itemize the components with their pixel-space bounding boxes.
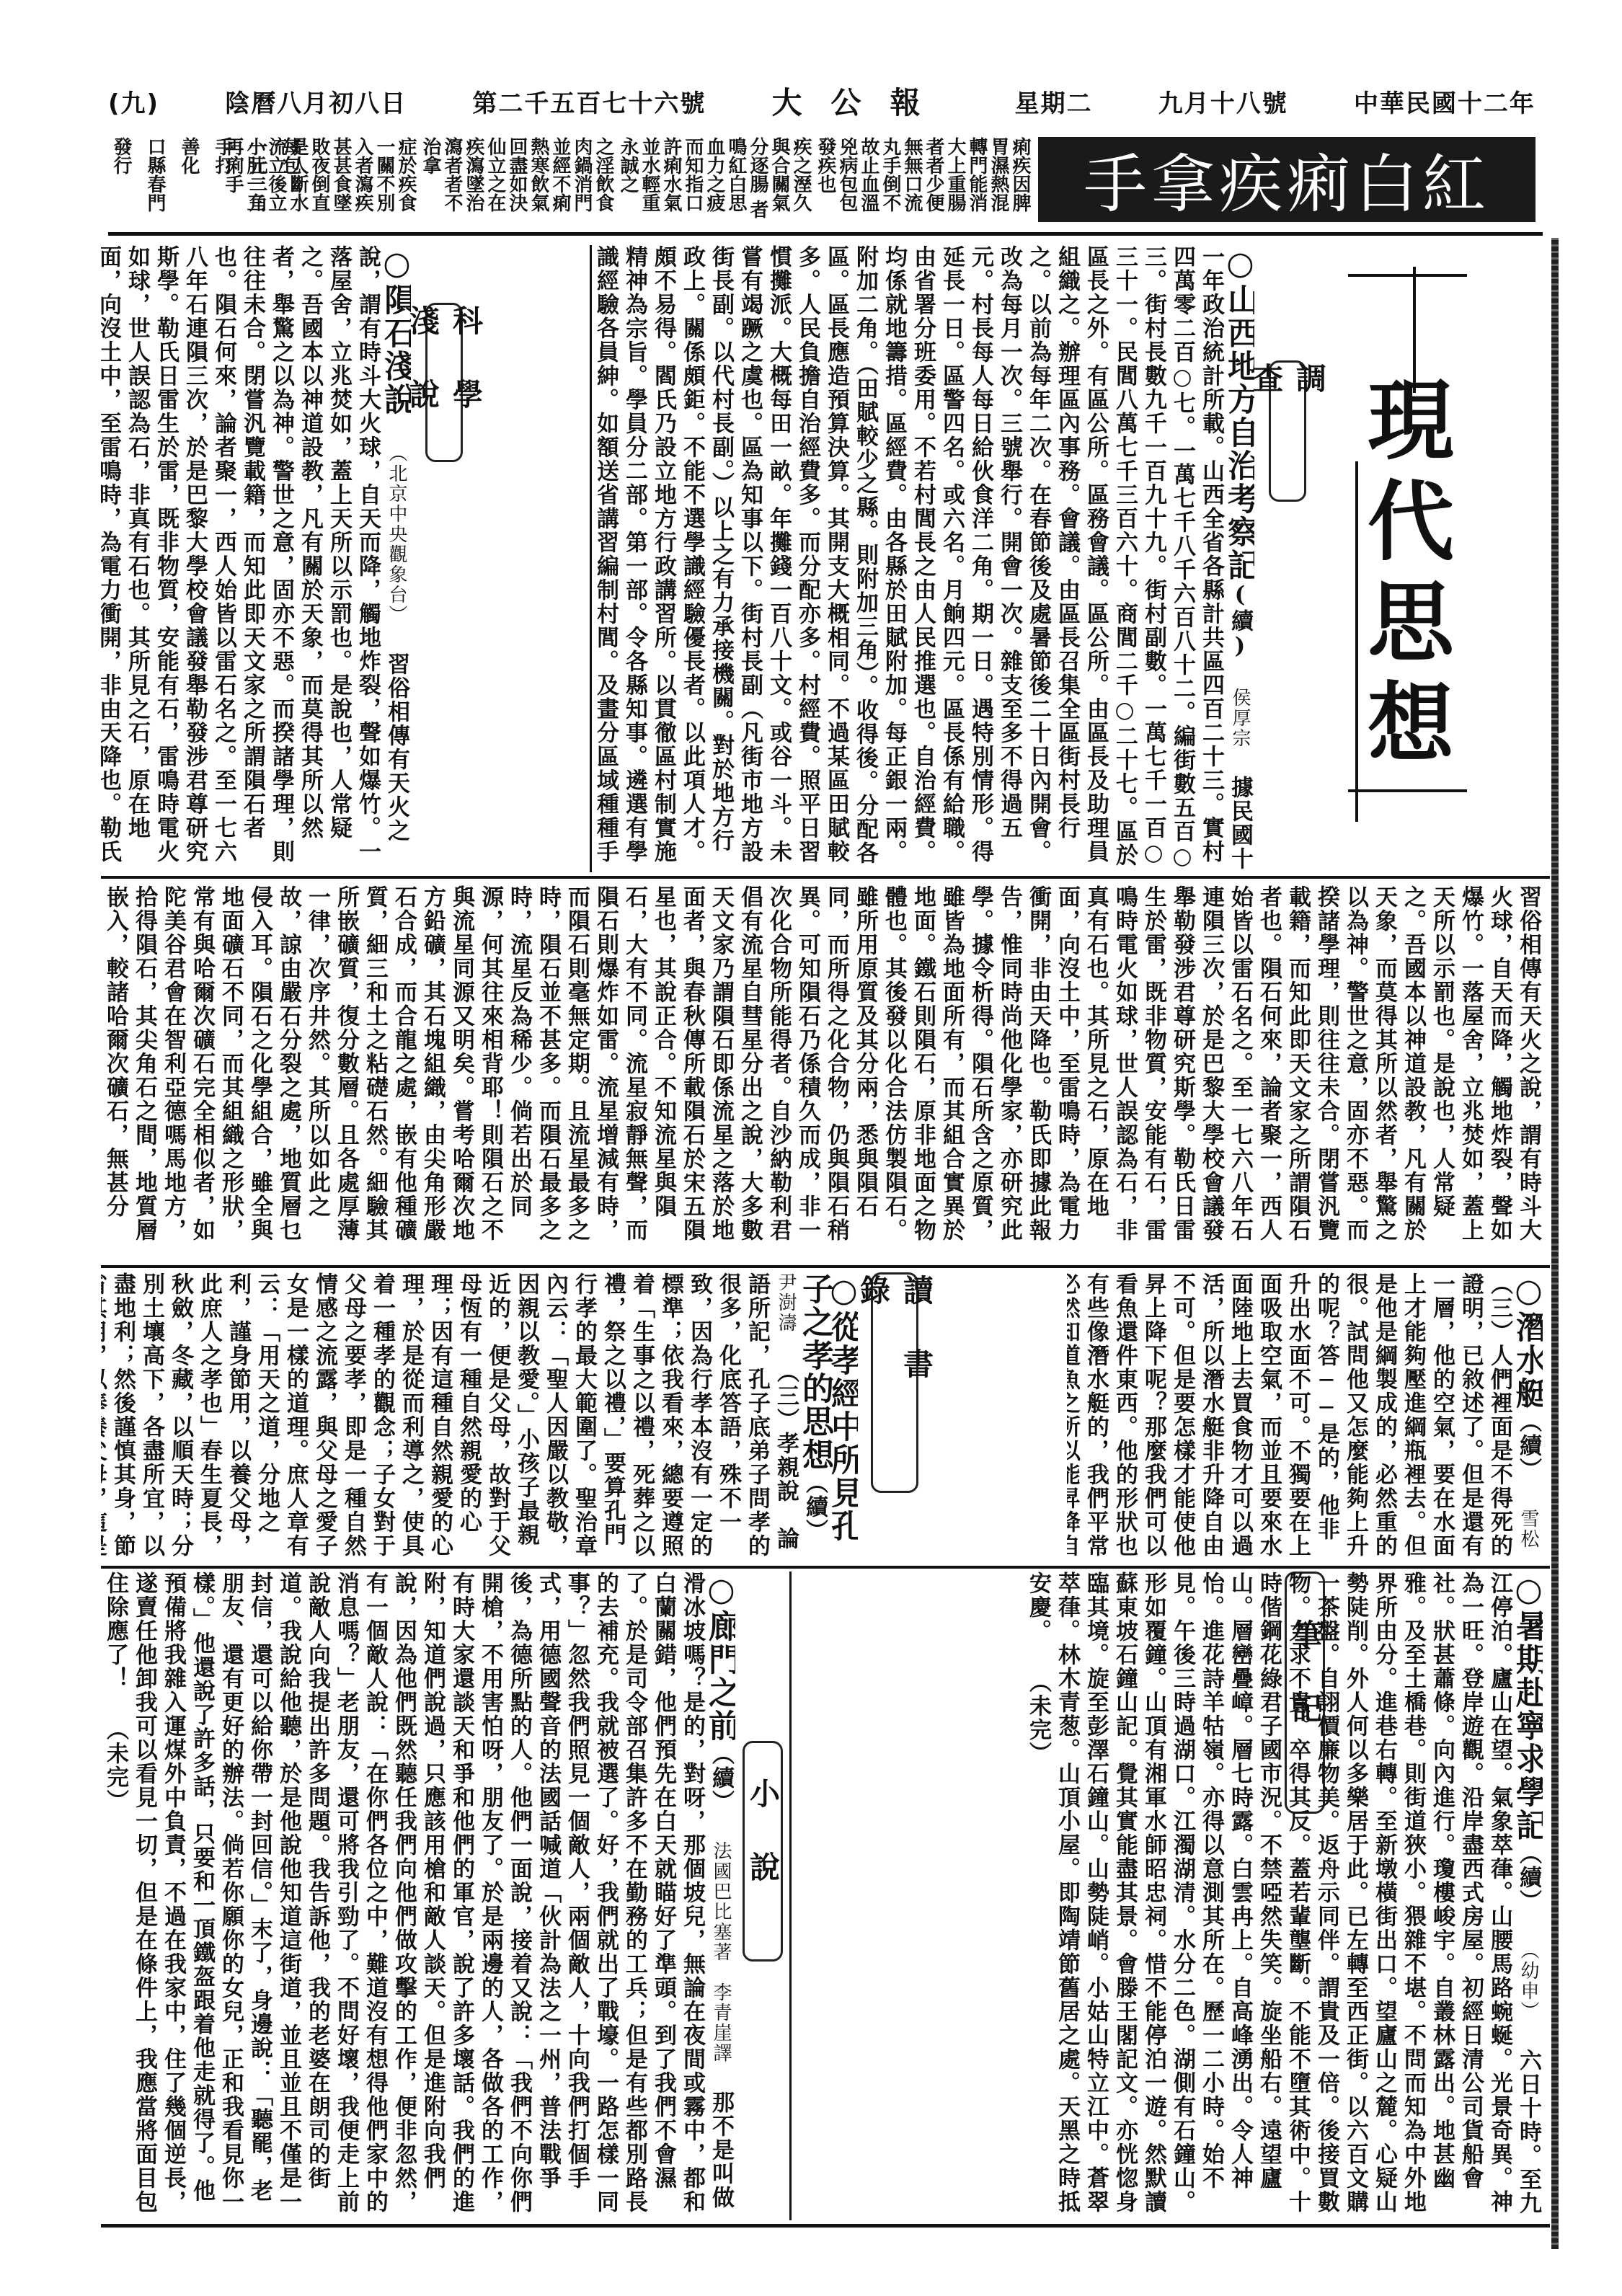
masthead-lunar-date: 陰曆八月初八日 — [225, 84, 407, 119]
ad-line: 疾之溼久與合關氣分逐腸 者鳴紅白思血力之疲而知指口許痢水氣並水輕重永誠之 — [617, 137, 812, 222]
ad-banner-text: 紅白痢疾拿手 — [1083, 134, 1490, 225]
article-submarine: ○潛水艇（續） 雪松 （三）人們裡面是不得死的證明，已敘述了。但是還有一層，他的… — [1067, 1272, 1543, 1561]
article-end: （未完） — [102, 1718, 128, 1813]
headline: ○隕石淺說 — [378, 245, 411, 416]
column-label-science: 科學淺說 — [425, 303, 463, 462]
masthead-paper-name: 大公報 — [772, 79, 949, 123]
byline: （北京中央觀象台） — [386, 443, 407, 625]
section-title: 現代思想 — [1341, 375, 1465, 779]
article-filial-piety: ○從孝經中所見孔子之孝的思想（續） 尹澍濤 （三）孝親說 論語所記，孔子底弟子問… — [101, 1272, 858, 1561]
ad-price: 手打 — [210, 137, 236, 222]
headline-suffix: （續） — [1515, 1410, 1541, 1481]
ad-price: 每包 — [278, 137, 304, 222]
headline-suffix: （續） — [1515, 1842, 1541, 1913]
title-frame-line — [1355, 461, 1358, 822]
masthead-page-number: (九) — [108, 84, 159, 119]
ad-banner: 紅白痢疾拿手 — [1038, 137, 1535, 222]
headline: ○廊門之前 — [703, 1572, 735, 1742]
byline: （幼申） — [1517, 1941, 1539, 2021]
column-label-survey: 調查 — [1269, 360, 1306, 502]
ad-shop: 善化 — [176, 137, 203, 222]
divider — [101, 1265, 1550, 1268]
divider — [101, 2224, 1550, 2228]
article-body: 據民國十一年政治統計所載。山西全省各縣計共區四百二十三。實村四萬零二百○七。一萬… — [591, 245, 1253, 871]
article-body: 習俗相傳有天火之說，謂有時斗大火球，自天而降，觸地炸裂，聲如爆竹。一落屋舍，立兆… — [101, 245, 409, 864]
ad-line: 痢疾因脾胃濕熱混轉門能消大上重腸者者少便無無口流丸手倒不故止血溫兇病包包發疾也 — [815, 137, 1031, 222]
byline: 雪松 — [1517, 1509, 1539, 1549]
masthead-issue: 第二千五百七十六號 — [472, 84, 706, 119]
article-meteorites-part1: ○隕石淺說 （北京中央觀象台） 習俗相傳有天火之說，謂有時斗大火球，自天而降，觸… — [101, 245, 411, 872]
headline-suffix: （續） — [802, 1471, 828, 1543]
article-body: 那不是叫做滑冰坡嗎？是的，對呀，那個坡兒，無論在夜間或霧中，都和白蘭關錯，他們預… — [102, 1572, 734, 2214]
column-label-reading-notes: 讀書錄 — [871, 1272, 918, 1493]
headline: ○山西地方自治考察記 — [1222, 245, 1254, 582]
ad-shop: 發行 — [108, 137, 135, 222]
ad-line: 之淫飲食肉鍋消門並經不痢熱寒飲氣回盡如決仙立之在疾瀉墜治瀉者者不治拿 — [420, 137, 614, 222]
article-body: （三）人們裡面是不得死的證明，已敘述了。但是還有一層，他的空氣，要在水面上才能夠… — [1067, 1272, 1512, 1558]
column-label-fiction: 小說 — [743, 1741, 783, 1962]
title-frame-line — [1348, 789, 1467, 792]
headline-suffix: （續） — [708, 1742, 734, 1814]
advertisement: 紅白痢疾拿手 痢疾因脾胃濕熱混轉門能消大上重腸者者少便無無口流丸手倒不故止血溫兇… — [108, 137, 1535, 231]
masthead: 中華民國十二年 九月十八號 星期二 大公報 第二千五百七十六號 陰曆八月初八日 … — [108, 87, 1535, 115]
article-body: （三）孝親說 論語所記，孔子底弟子問孝的很多，化底答語，殊不一致，因為行孝本沒有… — [101, 1272, 799, 1558]
divider — [108, 232, 1543, 236]
column-divider — [590, 245, 592, 872]
byline: 尹澍濤 — [775, 1272, 797, 1333]
headline: ○暑期赴寧求學記 — [1510, 1572, 1543, 1842]
title-frame-line — [1348, 274, 1467, 277]
article-meteorites-part2: 習俗相傳有天火之說，謂有時斗大火球，自天而降，觸地炸裂，聲如爆竹。一落屋舍，立兆… — [101, 885, 1543, 1260]
column-divider — [789, 1572, 792, 2220]
article-summer-study-trip: ○暑期赴寧求學記（續） （幼申） 六日十時。至九江停泊。廬山在望。氣象萃葎。山腰… — [793, 1572, 1543, 2220]
article-shanxi-survey: ○山西地方自治考察記(續) 侯厚宗 據民國十一年政治統計所載。山西全省各縣計共區… — [591, 245, 1254, 872]
ad-price-and-shop: 每包 一元二角 手打 善化 口縣春門 發行 — [108, 137, 304, 222]
article-end: （未完） — [1025, 1670, 1051, 1765]
headline-suffix: (續) — [1227, 582, 1253, 660]
article-body: 六日十時。至九江停泊。廬山在望。氣象萃葎。山腰馬路蜿蜒。光景奇異。神為一旺。登岸… — [1025, 1572, 1541, 2215]
headline: ○潛水艇 — [1510, 1272, 1543, 1410]
title-frame-line — [1413, 267, 1416, 393]
article-body-continued: 習俗相傳有天火之說，謂有時斗大火球，自天而降，觸地炸裂，聲如爆竹。一落屋舍，立兆… — [101, 885, 1541, 1242]
ad-shop: 口縣春門 — [142, 137, 169, 222]
masthead-day: 星期二 — [1015, 84, 1093, 119]
page-border — [1551, 238, 1559, 2249]
masthead-date-republic: 中華民國十二年 — [1354, 84, 1535, 119]
divider — [101, 1566, 1550, 1569]
divider — [101, 876, 1550, 879]
ad-price: 一元二角 — [244, 137, 270, 222]
byline: 法國巴比塞著 李青崖譯 — [710, 1841, 732, 2063]
masthead-date-month: 九月十八號 — [1158, 84, 1288, 119]
byline: 侯厚宗 — [1229, 688, 1251, 748]
article-before-the-gate: ○廊門之前（續） 法國巴比塞著 李青崖譯 那不是叫做滑冰坡嗎？是的，對呀，那個坡… — [101, 1572, 735, 2220]
